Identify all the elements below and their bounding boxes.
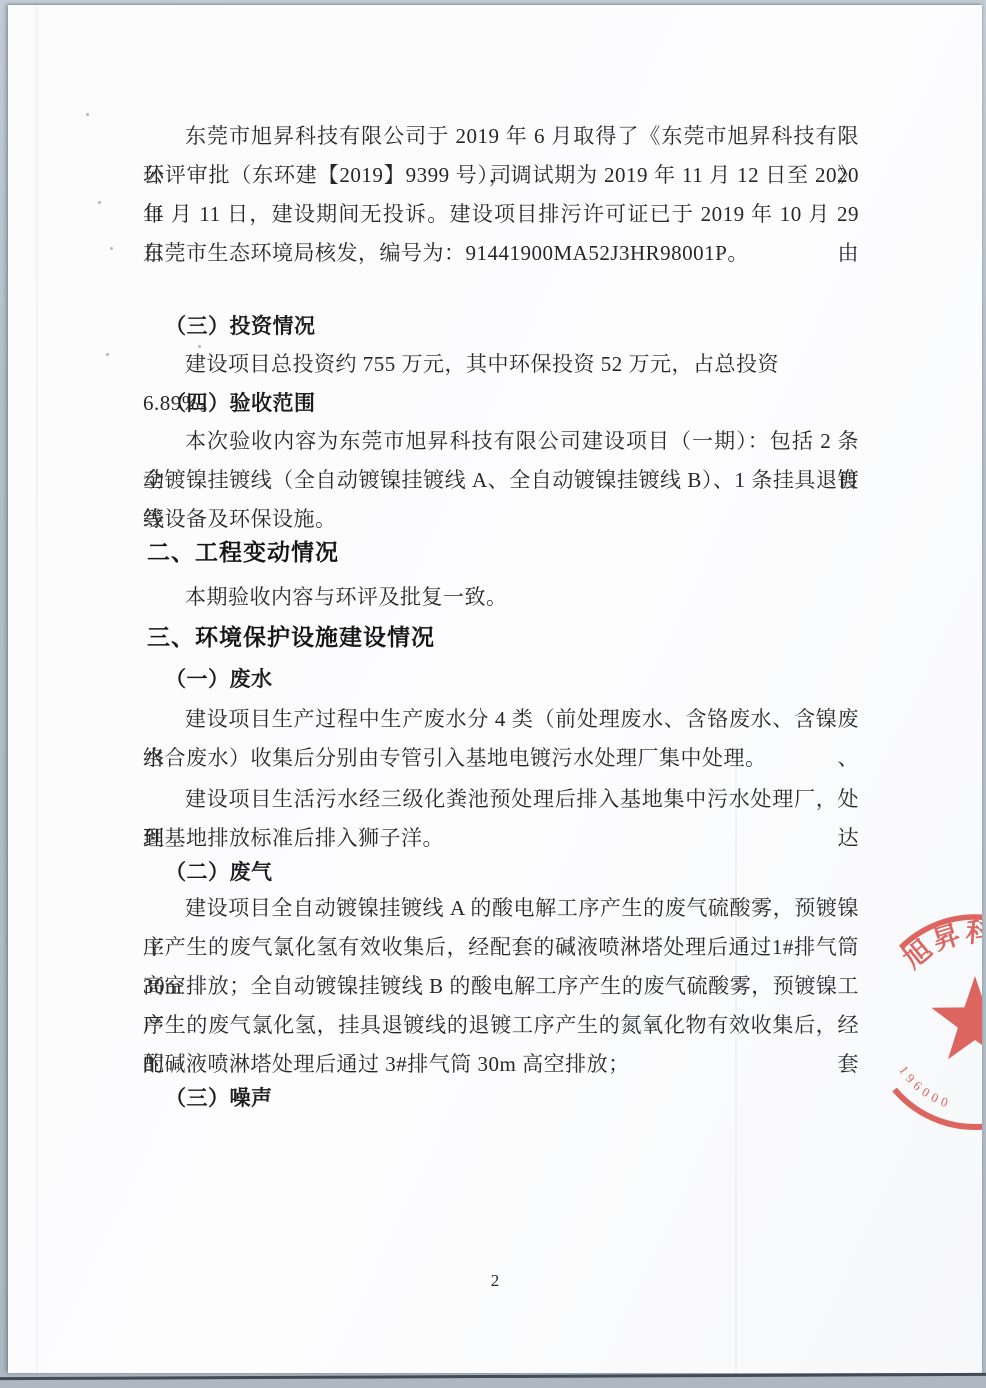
paragraph-chapter2: 本期验收内容与环评及批复一致。: [143, 578, 859, 617]
paper-sheet: 东莞市旭昇科技有限公司于 2019 年 6 月取得了《东莞市旭昇科技有限公司》 …: [8, 5, 982, 1373]
text-line: 建设项目生活污水经三级化粪池预处理后排入基地集中污水处理厂，处理达: [143, 780, 859, 819]
paragraph-investment: 建设项目总投资约 755 万元，其中环保投资 52 万元，占总投资 6.89%。: [143, 345, 859, 384]
text-line: 建设项目全自动镀镍挂镀线 A 的酸电解工序产生的废气硫酸雾，预镀镍工: [143, 889, 859, 928]
paragraph-waste-gas: 建设项目全自动镀镍挂镀线 A 的酸电解工序产生的废气硫酸雾，预镀镍工 序产生的废…: [143, 889, 859, 1084]
seal-serial-text: 196000: [896, 1063, 954, 1112]
text-line: 东莞市旭昇科技有限公司于 2019 年 6 月取得了《东莞市旭昇科技有限公司》: [143, 117, 859, 156]
seal-company-name: 旭昇科技: [898, 917, 982, 974]
text-line: 络合废水）收集后分别由专管引入基地电镀污水处理厂集中处理。: [143, 739, 859, 778]
paragraph-wastewater-2: 建设项目生活污水经三级化粪池预处理后排入基地集中污水处理厂，处理达 到基地排放标…: [143, 780, 859, 858]
text-line: 产生的废气氯化氢，挂具退镀线的退镀工序产生的氮氧化物有效收集后，经配套: [143, 1006, 859, 1045]
company-seal: 旭昇科技 196000: [860, 900, 982, 1145]
text-line: 11 月 11 日，建设期间无投诉。建设项目排污许可证已于 2019 年 10 …: [143, 195, 859, 234]
section-heading-scope: （四）验收范围: [143, 384, 881, 423]
seal-company-name-text: 旭昇科技: [898, 917, 982, 974]
paragraph-scope: 本次验收内容为东莞市旭昇科技有限公司建设项目（一期）：包括 2 条全自 动镀镍挂…: [143, 422, 859, 539]
text-line: 本期验收内容与环评及批复一致。: [143, 578, 859, 617]
text-line: 本次验收内容为东莞市旭昇科技有限公司建设项目（一期）：包括 2 条全自: [143, 422, 859, 461]
section-heading-noise: （三）噪声: [143, 1079, 881, 1118]
scan-speck: [86, 113, 89, 116]
chapter-heading-2: 二、工程变动情况: [143, 533, 863, 572]
scan-crease: [36, 5, 38, 1373]
scan-speck: [106, 353, 109, 356]
seal-star-icon: [931, 976, 982, 1059]
paragraph-intro: 东莞市旭昇科技有限公司于 2019 年 6 月取得了《东莞市旭昇科技有限公司》 …: [143, 117, 859, 273]
text-line: 建设项目总投资约 755 万元，其中环保投资 52 万元，占总投资 6.89%。: [143, 345, 859, 384]
section-heading-investment: （三）投资情况: [143, 307, 881, 346]
scan-speck: [98, 201, 101, 204]
scan-speck: [110, 247, 113, 250]
text-line: 序产生的废气氯化氢有效收集后，经配套的碱液喷淋塔处理后通过1#排气筒 30m: [143, 928, 859, 967]
scanned-document-page: { "page_footer": { "page_number": "2" },…: [0, 0, 986, 1388]
seal-serial-number: 196000: [896, 1063, 954, 1112]
section-heading-waste-gas: （二）废气: [143, 853, 881, 892]
page-number: 2: [8, 1269, 982, 1293]
text-line: 高空排放；全自动镀镍挂镀线 B 的酸电解工序产生的废气硫酸雾，预镀镍工序: [143, 967, 859, 1006]
text-line: 动镀镍挂镀线（全自动镀镍挂镀线 A、全自动镀镍挂镀线 B）、1 条挂具退镀线: [143, 461, 859, 500]
section-heading-wastewater: （一）废水: [143, 660, 881, 699]
text-line: 建设项目生产过程中生产废水分 4 类（前处理废水、含铬废水、含镍废水、: [143, 700, 859, 739]
paragraph-wastewater-1: 建设项目生产过程中生产废水分 4 类（前处理废水、含铬废水、含镍废水、 络合废水…: [143, 700, 859, 778]
text-line: 环评审批（东环建【2019】9399 号），调试期为 2019 年 11 月 1…: [143, 156, 859, 195]
chapter-heading-3: 三、环境保护设施建设情况: [143, 618, 863, 657]
